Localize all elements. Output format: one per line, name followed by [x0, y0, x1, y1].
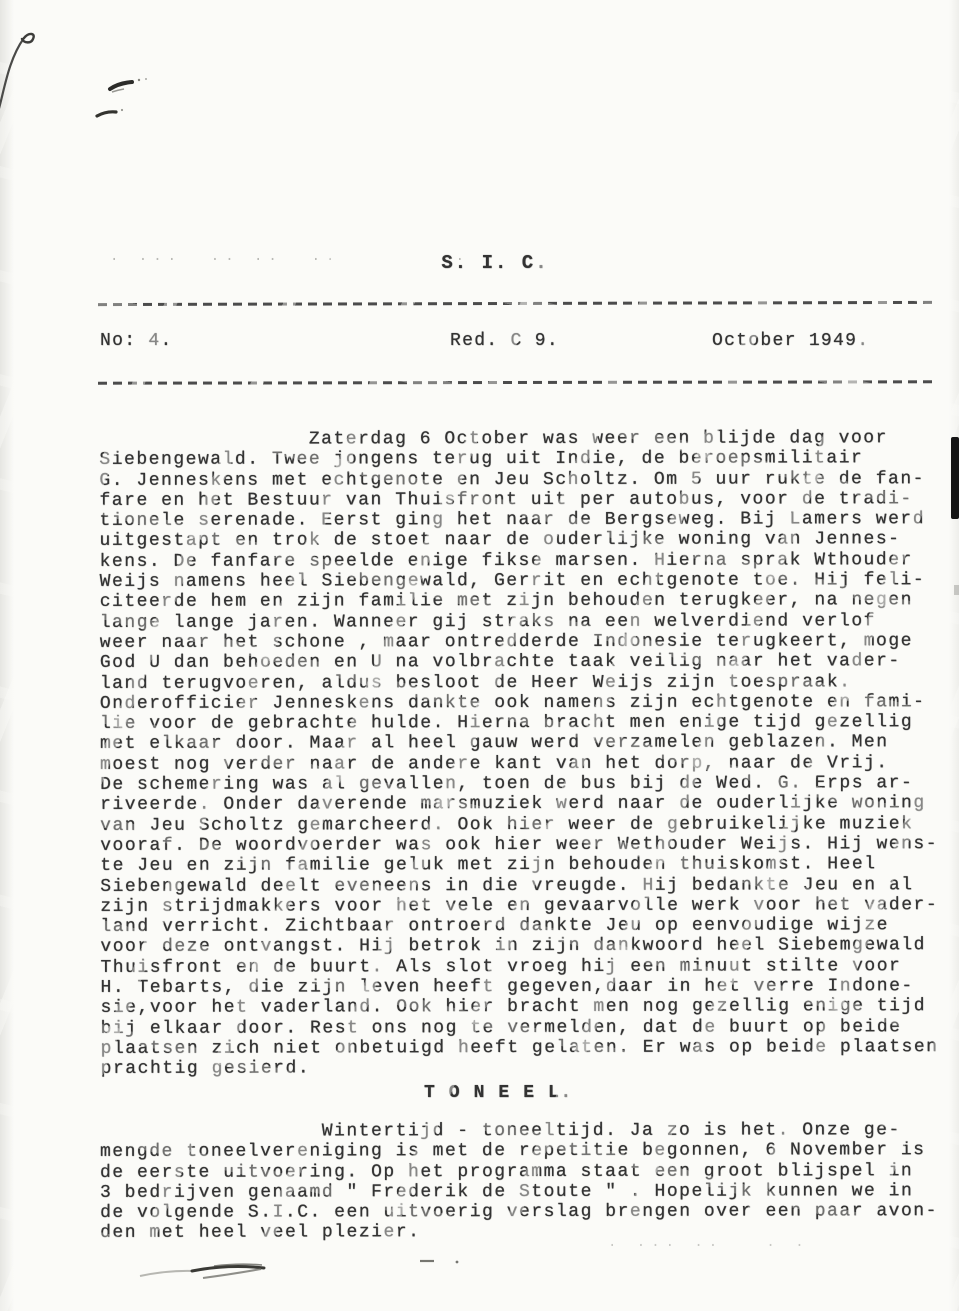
newsletter-title: S. I. C. — [0, 252, 959, 274]
stray-dash-marks — [420, 1261, 458, 1264]
article-toneel-text: Wintertijd - toneeltijd. Ja zo is het. O… — [100, 1120, 938, 1244]
ink-smudge-marks — [97, 78, 147, 116]
right-edge-scan-bar — [951, 437, 959, 519]
dashed-divider-bottom — [98, 380, 936, 384]
article-serenade-text: Zaterdag 6 October was weer een blijde d… — [99, 428, 938, 1079]
editorial-code: Red. C 9. — [450, 331, 559, 351]
issue-date: October 1949. — [712, 331, 869, 351]
section-heading-toneel: T O N E E L. — [424, 1083, 573, 1103]
scanned-document-page: · ··· ·· ·· ·· · · ··· ·· · · S. I. C. N… — [0, 0, 959, 1311]
dashed-divider-top — [98, 301, 932, 306]
right-edge-speck — [954, 585, 959, 595]
masthead-row: No: 4. Red. C 9. October 1949. — [0, 331, 959, 353]
pen-mark-top-left — [0, 34, 34, 112]
pencil-scribble-bottom-left — [140, 1264, 264, 1278]
issue-number: No: 4. — [100, 331, 173, 351]
